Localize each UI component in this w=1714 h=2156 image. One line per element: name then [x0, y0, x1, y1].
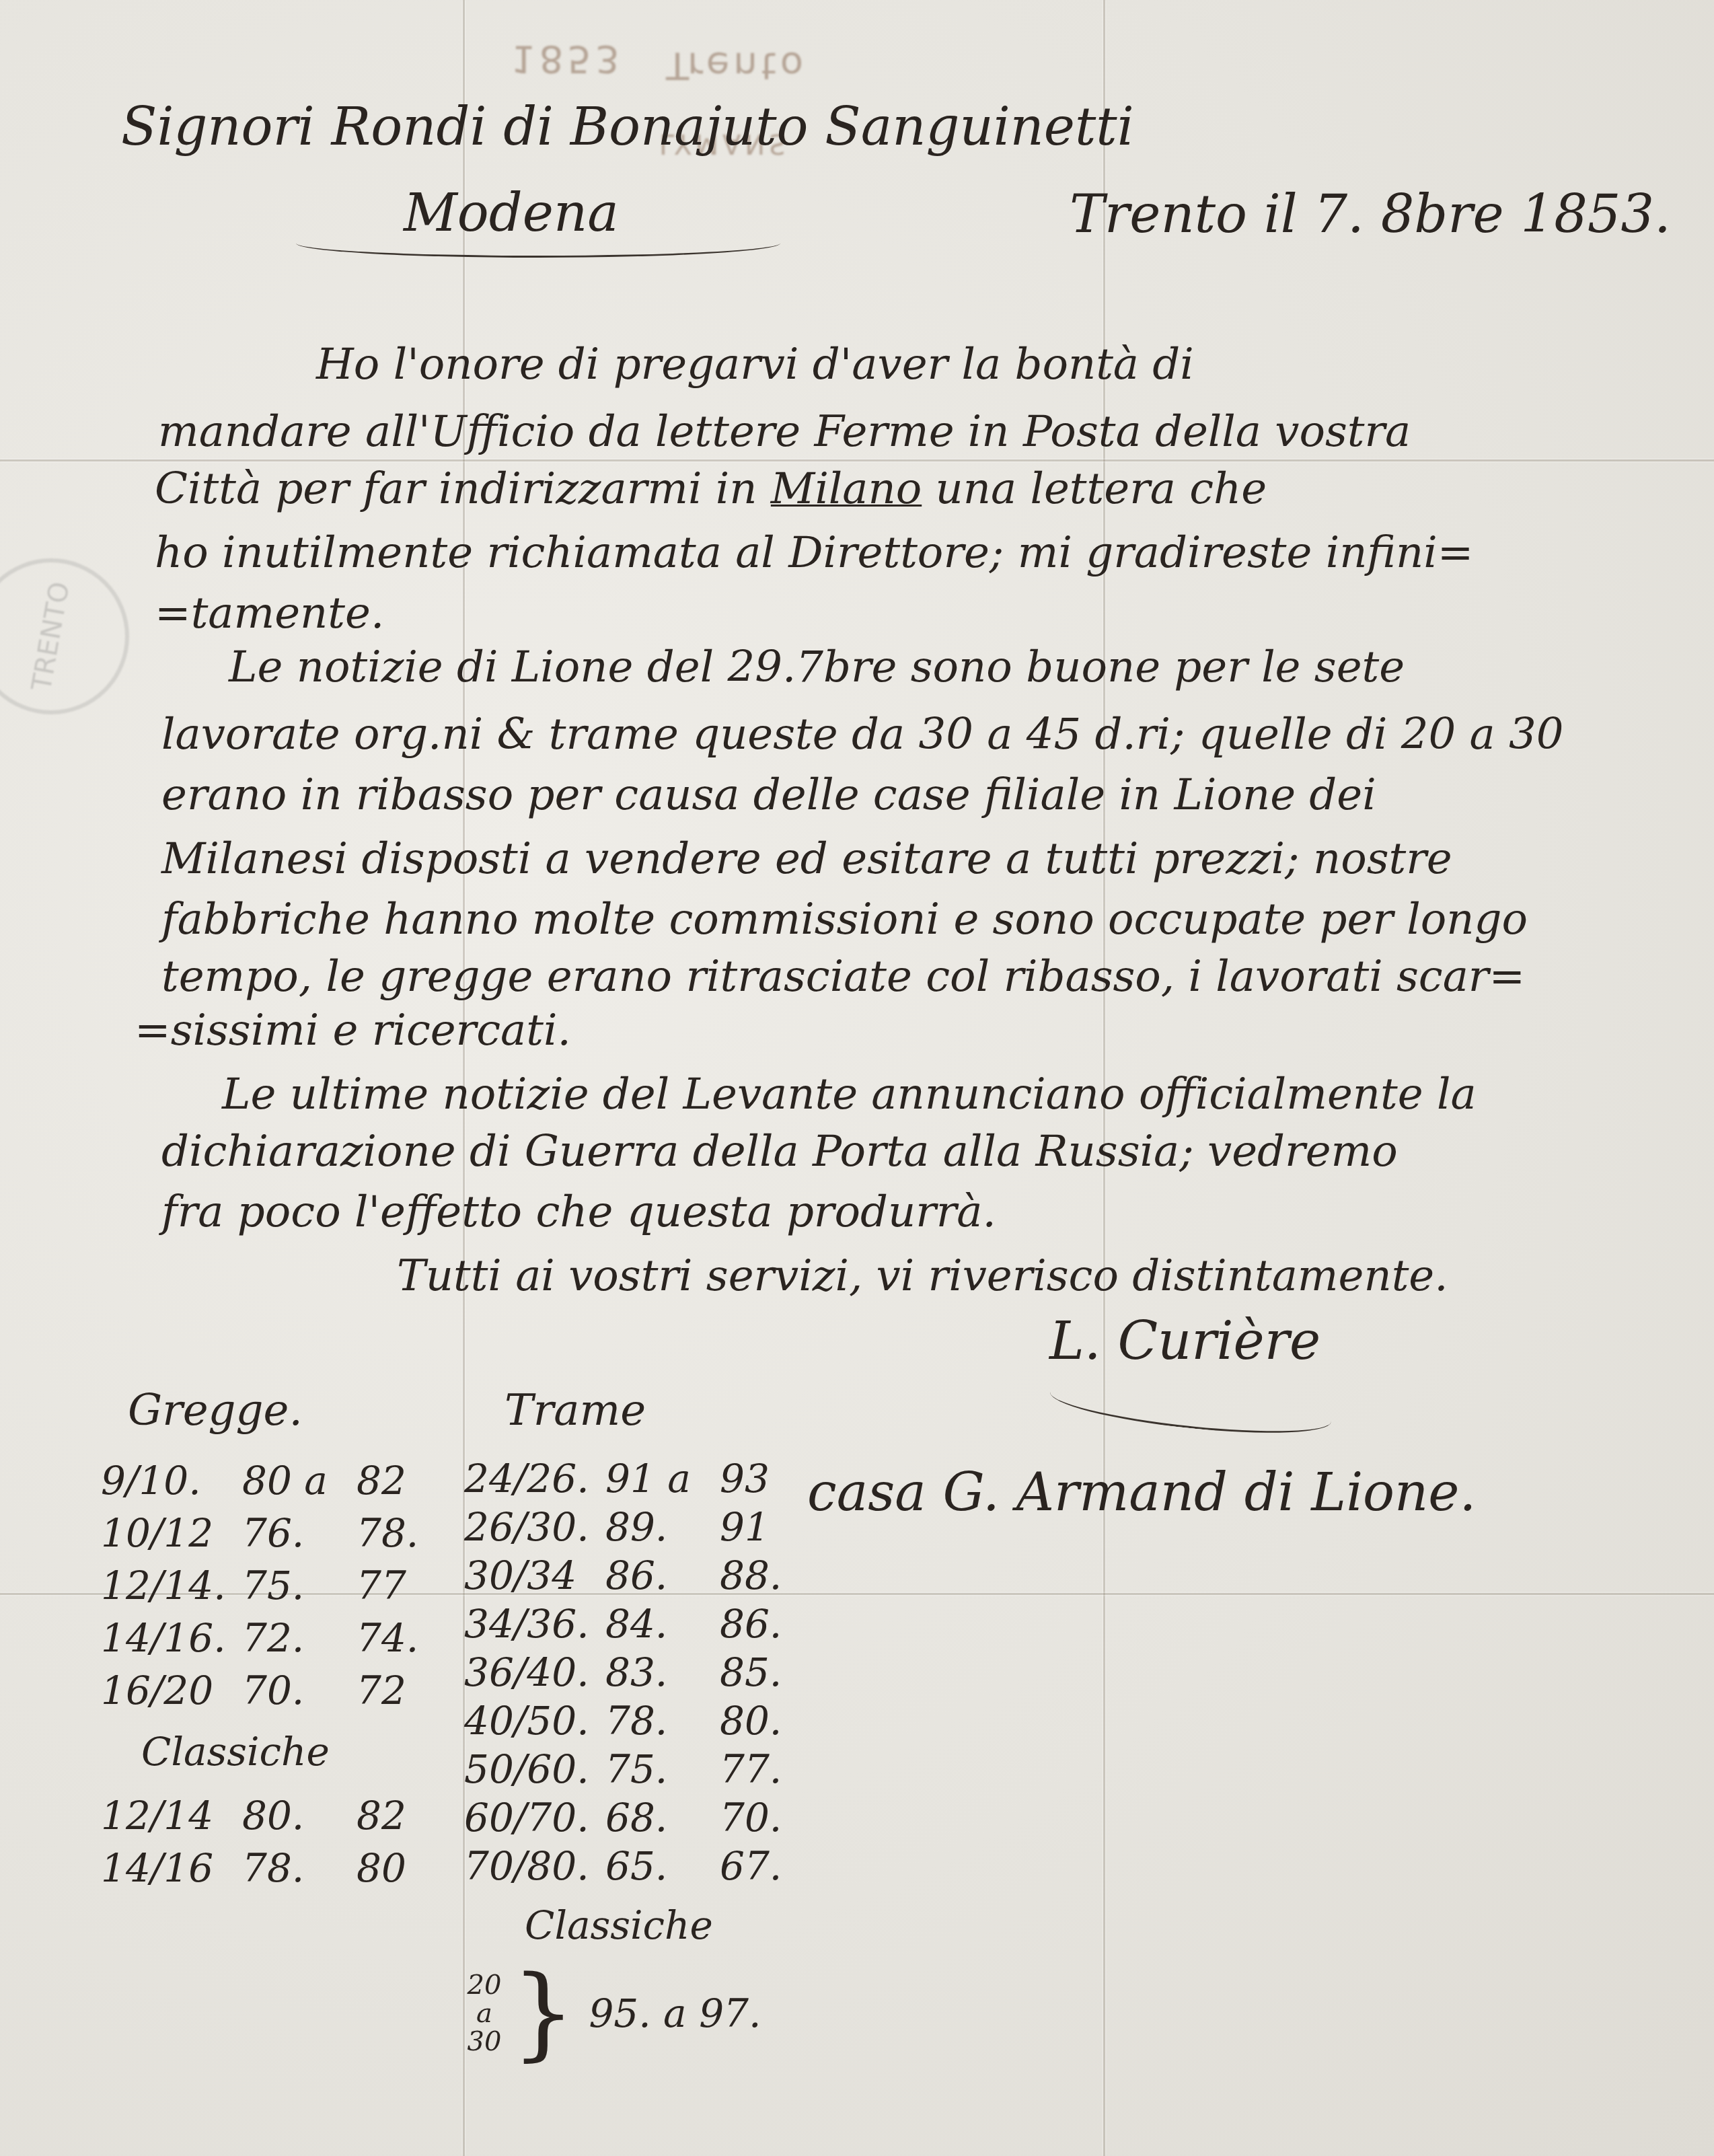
- table-row: 24/26. 91 a 93: [464, 1454, 800, 1503]
- body-line: Ho l'onore di pregarvi d'aver la bontà d…: [316, 343, 1194, 386]
- table-title: Trame: [505, 1386, 800, 1436]
- body-line: =tamente.: [155, 592, 384, 635]
- table-row: 12/14. 75. 77: [101, 1559, 437, 1612]
- body-line: ho inutilmente richiamata al Direttore; …: [155, 531, 1473, 574]
- size-cell: 14/16.: [101, 1615, 242, 1661]
- body-line: dichiarazione di Guerra della Porta alla…: [161, 1130, 1398, 1173]
- body-line: Le notizie di Lione del 29.7bre sono buo…: [229, 646, 1405, 689]
- size-cell: 50/60.: [464, 1746, 605, 1792]
- price-table-trame: Trame 24/26. 91 a 93 26/30. 89. 91 30/34…: [464, 1386, 800, 2064]
- table-row: 14/16 78. 80: [101, 1842, 437, 1894]
- low-price-cell: 86.: [605, 1553, 720, 1598]
- table-row: 40/50. 78. 80.: [464, 1697, 800, 1745]
- price-range: 95. a 97.: [589, 1991, 761, 2036]
- postmark-stamp: TRENTO: [0, 558, 129, 714]
- signature-flourish: [1048, 1371, 1333, 1443]
- city-flourish: [296, 229, 780, 258]
- low-price-cell: 65.: [605, 1843, 720, 1889]
- brace-icon: }: [511, 1963, 575, 2064]
- high-price-cell: 77.: [720, 1746, 800, 1792]
- high-price-cell: 91: [720, 1504, 800, 1550]
- body-line: Le ultime notizie del Levante annunciano…: [222, 1073, 1477, 1116]
- table-row: 12/14 80. 82: [101, 1789, 437, 1842]
- low-price-cell: 75.: [605, 1746, 720, 1792]
- addressee: Signori Rondi di Bonajuto Sanguinetti: [121, 101, 1134, 153]
- table-subtitle: Classiche: [525, 1902, 800, 1948]
- table-row: 60/70. 68. 70.: [464, 1793, 800, 1842]
- size-cell: 30/34: [464, 1553, 605, 1598]
- offset-stamp-place: Trento: [666, 44, 807, 87]
- table-row: 26/30. 89. 91: [464, 1503, 800, 1551]
- high-price-cell: 74.: [357, 1615, 437, 1661]
- brace-entry: 20 a 30 } 95. a 97.: [464, 1963, 800, 2064]
- table-row: 50/60. 75. 77.: [464, 1745, 800, 1793]
- table-row: 14/16. 72. 74.: [101, 1612, 437, 1664]
- body-line: lavorate org.ni & trame queste da 30 a 4…: [161, 713, 1564, 756]
- fold-line-horizontal: [0, 459, 1714, 461]
- letter-sheet: Trento 1853 LYMANS TRENTO Signori Rondi …: [0, 0, 1714, 2156]
- low-price-cell: 78.: [605, 1698, 720, 1744]
- range-mid: a: [464, 1999, 505, 2028]
- body-line: tempo, le gregge erano ritrasciate col r…: [161, 955, 1525, 998]
- size-cell: 12/14.: [101, 1563, 242, 1608]
- high-price-cell: 82: [357, 1458, 437, 1503]
- table-subtitle: Classiche: [141, 1729, 437, 1775]
- postmark-text: TRENTO: [26, 580, 76, 694]
- high-price-cell: 80.: [720, 1698, 800, 1744]
- body-line: mandare all'Ufficio da lettere Ferme in …: [158, 410, 1411, 453]
- underlined-word: Milano: [771, 464, 922, 514]
- table-row: 9/10. 80 a 82: [101, 1454, 437, 1507]
- body-line-text: Città per far indirizzarmi in Milano una…: [155, 464, 1267, 514]
- body-line: fabbriche hanno molte commissioni e sono…: [161, 898, 1528, 941]
- low-price-cell: 80 a: [242, 1458, 357, 1503]
- high-price-cell: 77: [357, 1563, 437, 1608]
- low-price-cell: 78.: [242, 1845, 357, 1891]
- high-price-cell: 86.: [720, 1601, 800, 1647]
- offset-stamp-year: 1853: [511, 37, 624, 81]
- low-price-cell: 80.: [242, 1793, 357, 1838]
- low-price-cell: 84.: [605, 1601, 720, 1647]
- signature-name: L. Curière: [1049, 1315, 1320, 1368]
- size-cell: 12/14: [101, 1793, 242, 1838]
- signature-firm: casa G. Armand di Lione.: [807, 1466, 1476, 1519]
- size-cell: 70/80.: [464, 1843, 605, 1889]
- low-price-cell: 70.: [242, 1668, 357, 1713]
- high-price-cell: 85.: [720, 1649, 800, 1695]
- high-price-cell: 80: [357, 1845, 437, 1891]
- table-row: 36/40. 83. 85.: [464, 1648, 800, 1697]
- table-row: 16/20 70. 72: [101, 1664, 437, 1717]
- low-price-cell: 75.: [242, 1563, 357, 1608]
- price-table-gregge: Gregge. 9/10. 80 a 82 10/12 76. 78. 12/1…: [101, 1386, 437, 1894]
- range-top: 20: [464, 1971, 505, 1999]
- low-price-cell: 83.: [605, 1649, 720, 1695]
- body-line: =sissimi e ricercati.: [135, 1009, 571, 1052]
- place-date: Trento il 7. 8bre 1853.: [1070, 188, 1671, 241]
- body-line: fra poco l'effetto che questa produrrà.: [161, 1191, 996, 1234]
- size-cell: 14/16: [101, 1845, 242, 1891]
- table-row: 70/80. 65. 67.: [464, 1842, 800, 1890]
- size-cell: 10/12: [101, 1510, 242, 1556]
- size-cell: 60/70.: [464, 1795, 605, 1841]
- body-line: Milanesi disposti a vendere ed esitare a…: [161, 838, 1452, 881]
- low-price-cell: 89.: [605, 1504, 720, 1550]
- table-title: Gregge.: [128, 1386, 437, 1436]
- low-price-cell: 76.: [242, 1510, 357, 1556]
- low-price-cell: 72.: [242, 1615, 357, 1661]
- table-row: 10/12 76. 78.: [101, 1507, 437, 1559]
- table-row: 34/36. 84. 86.: [464, 1600, 800, 1648]
- high-price-cell: 88.: [720, 1553, 800, 1598]
- high-price-cell: 78.: [357, 1510, 437, 1556]
- high-price-cell: 82: [357, 1793, 437, 1838]
- body-line: erano in ribasso per causa delle case fi…: [161, 774, 1376, 817]
- size-cell: 26/30.: [464, 1504, 605, 1550]
- high-price-cell: 72: [357, 1668, 437, 1713]
- low-price-cell: 91 a: [605, 1456, 720, 1501]
- body-line: Città per far indirizzarmi in Milano una…: [155, 468, 1267, 511]
- high-price-cell: 93: [720, 1456, 800, 1501]
- size-cell: 34/36.: [464, 1601, 605, 1647]
- size-cell: 24/26.: [464, 1456, 605, 1501]
- table-row: 30/34 86. 88.: [464, 1551, 800, 1600]
- high-price-cell: 70.: [720, 1795, 800, 1841]
- range-bottom: 30: [464, 2028, 505, 2056]
- high-price-cell: 67.: [720, 1843, 800, 1889]
- size-range: 20 a 30: [464, 1971, 505, 2056]
- closing-line: Tutti ai vostri servizi, vi riverisco di…: [397, 1255, 1448, 1298]
- size-cell: 16/20: [101, 1668, 242, 1713]
- size-cell: 9/10.: [101, 1458, 242, 1503]
- low-price-cell: 68.: [605, 1795, 720, 1841]
- size-cell: 40/50.: [464, 1698, 605, 1744]
- size-cell: 36/40.: [464, 1649, 605, 1695]
